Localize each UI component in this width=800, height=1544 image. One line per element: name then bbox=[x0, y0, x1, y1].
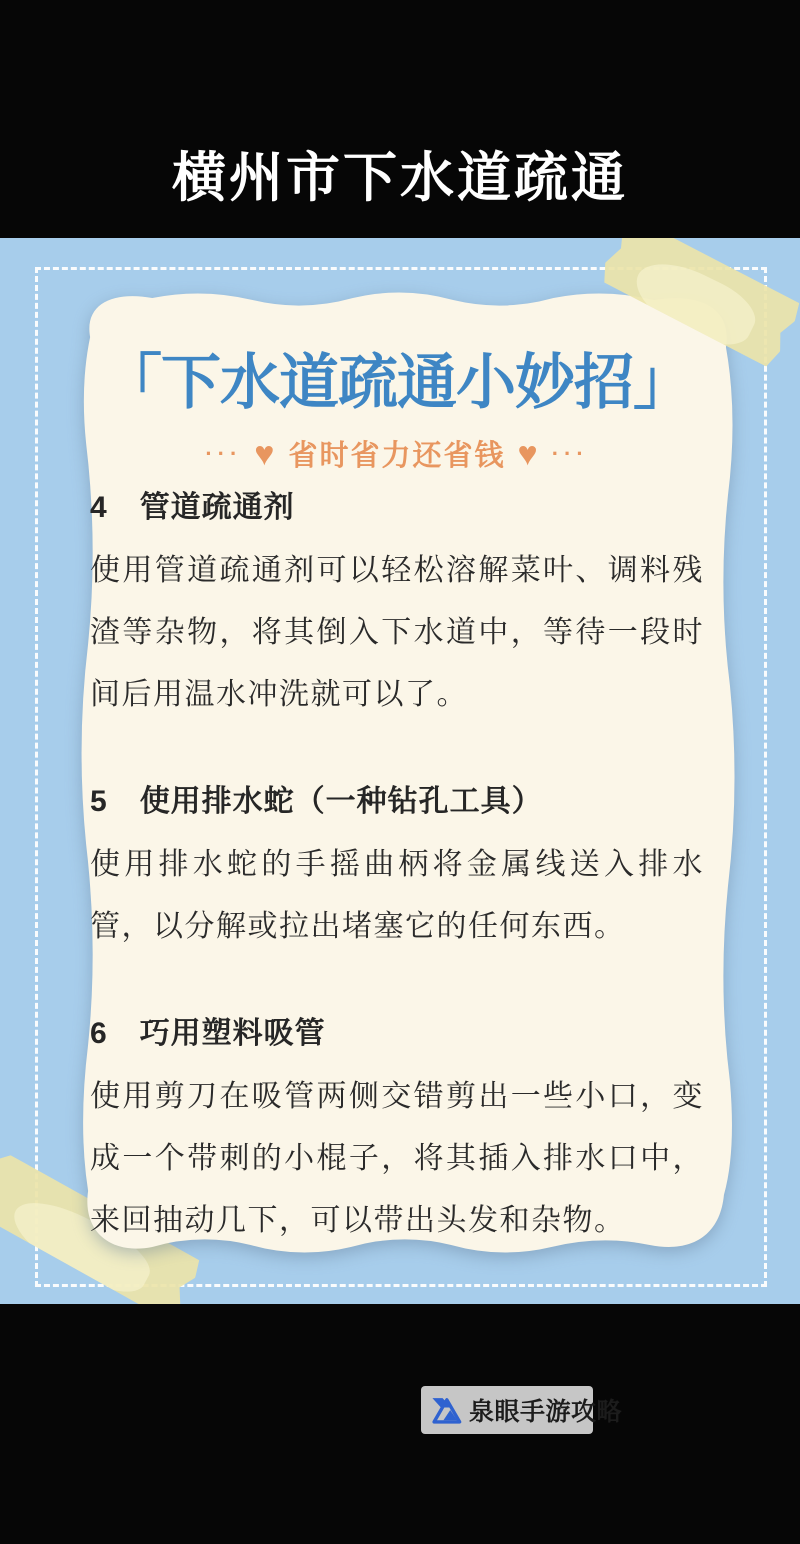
tip-item-6: 6 巧用塑料吸管 使用剪刀在吸管两侧交错剪出一些小口，变成一个带刺的小棍子，将其… bbox=[90, 1014, 704, 1252]
tips-list: 4 管道疏通剂 使用管道疏通剂可以轻松溶解菜叶、调料残渣等杂物，将其倒入下水道中… bbox=[90, 488, 704, 1252]
tip-heading: 6 巧用塑料吸管 bbox=[90, 1014, 704, 1054]
subtitle-right-dots: ··· bbox=[552, 441, 589, 467]
bottom-black-bar bbox=[0, 1304, 800, 1544]
subtitle-left-dots: ··· bbox=[205, 441, 242, 467]
quanyan-logo-icon bbox=[429, 1393, 463, 1427]
blue-background-panel: 「下水道疏通小妙招」 ··· ♥ 省时省力还省钱 ♥ ··· 4 管道疏通剂 使… bbox=[0, 238, 800, 1304]
tip-item-5: 5 使用排水蛇（一种钻孔工具） 使用排水蛇的手摇曲柄将金属线送入排水管，以分解或… bbox=[90, 782, 704, 958]
tip-number: 6 bbox=[90, 1014, 108, 1054]
tip-number: 5 bbox=[90, 782, 108, 822]
heart-icon: ♥ bbox=[254, 440, 276, 468]
tip-item-4: 4 管道疏通剂 使用管道疏通剂可以轻松溶解菜叶、调料残渣等杂物，将其倒入下水道中… bbox=[90, 488, 704, 726]
tip-title: 管道疏通剂 bbox=[140, 488, 295, 528]
tip-body: 使用剪刀在吸管两侧交错剪出一些小口，变成一个带刺的小棍子，将其插入排水口中，来回… bbox=[90, 1066, 704, 1252]
tip-body: 使用管道疏通剂可以轻松溶解菜叶、调料残渣等杂物，将其倒入下水道中，等待一段时间后… bbox=[90, 540, 704, 726]
top-header-bar: 横州市下水道疏通 bbox=[0, 0, 800, 238]
page-title: 横州市下水道疏通 bbox=[172, 135, 628, 238]
subtitle-label: 省时省力还省钱 bbox=[288, 433, 505, 474]
watermark-badge: 泉眼手游攻略 bbox=[421, 1386, 593, 1434]
tip-heading: 5 使用排水蛇（一种钻孔工具） bbox=[90, 782, 704, 822]
card-content: 「下水道疏通小妙招」 ··· ♥ 省时省力还省钱 ♥ ··· 4 管道疏通剂 使… bbox=[50, 285, 744, 1273]
card-title: 「下水道疏通小妙招」 bbox=[90, 337, 704, 429]
card-subtitle: ··· ♥ 省时省力还省钱 ♥ ··· bbox=[90, 433, 704, 474]
tip-number: 4 bbox=[90, 488, 108, 528]
tip-title: 巧用塑料吸管 bbox=[140, 1014, 326, 1054]
tip-title: 使用排水蛇（一种钻孔工具） bbox=[140, 782, 543, 822]
watermark-label: 泉眼手游攻略 bbox=[469, 1392, 622, 1428]
heart-icon: ♥ bbox=[518, 440, 540, 468]
tip-body: 使用排水蛇的手摇曲柄将金属线送入排水管，以分解或拉出堵塞它的任何东西。 bbox=[90, 834, 704, 958]
tip-heading: 4 管道疏通剂 bbox=[90, 488, 704, 528]
